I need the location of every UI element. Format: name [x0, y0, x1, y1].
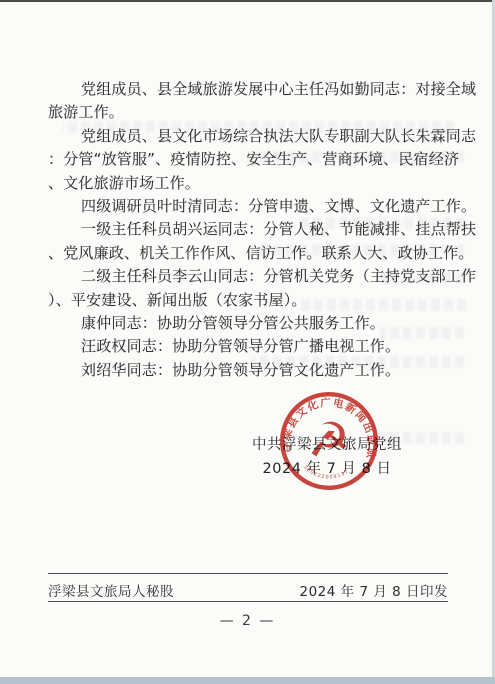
document-line: ）、平安建设、新闻出版（农家书屋）。 — [48, 289, 450, 312]
document-page: 党组成员、县全域旅游发展中心主任冯如勤同志：对接全域 旅游工作。 党组成员、县文… — [0, 0, 495, 684]
document-line: 四级调研员叶时清同志：分管申遗、文博、文化遗产工作。 — [48, 195, 450, 218]
footer-issuer: 浮梁县文旅局人秘股 — [48, 580, 174, 600]
footer-print-date: 2024 年 7 月 8 日印发 — [300, 580, 449, 600]
footer-divider-bottom — [48, 601, 448, 602]
document-line: 、文化旅游市场工作。 — [48, 172, 450, 195]
document-line: 二级主任科员李云山同志：分管机关党务（主持党支部工作 — [48, 265, 450, 288]
scan-edge-top — [0, 0, 495, 2]
hammer-and-sickle-icon: ☭ — [308, 414, 351, 469]
official-seal-graphic: 浮梁县文化广电新闻出版旅游局 360222009137 ☭ — [277, 389, 381, 493]
document-line: 汪政权同志：协助分管领导分管广播电视工作。 — [48, 335, 450, 358]
document-line: ：分管“放管服”、疫情防控、安全生产、营商环境、民宿经济 — [48, 148, 450, 171]
document-line: 、党风廉政、机关工作作风、信访工作。联系人大、政协工作。 — [48, 242, 450, 265]
document-line: 党组成员、县文化市场综合执法大队专职副大队长朱霖同志 — [48, 125, 450, 148]
document-body: 党组成员、县全域旅游发展中心主任冯如勤同志：对接全域 旅游工作。 党组成员、县文… — [48, 78, 450, 382]
footer-divider-top — [48, 573, 448, 574]
footer-row: 浮梁县文旅局人秘股 2024 年 7 月 8 日印发 — [48, 580, 448, 600]
document-line: 旅游工作。 — [48, 101, 450, 124]
official-seal: 浮梁县文化广电新闻出版旅游局 360222009137 ☭ — [277, 389, 381, 493]
page-number: — 2 — — [0, 613, 495, 629]
document-line: 一级主任科员胡兴运同志：分管人秘、节能减排、挂点帮扶 — [48, 218, 450, 241]
document-line: 刘绍华同志：协助分管领导分管文化遗产工作。 — [48, 359, 450, 382]
scan-edge-bottom — [0, 677, 495, 684]
document-line: 党组成员、县全域旅游发展中心主任冯如勤同志：对接全域 — [48, 78, 450, 101]
document-line: 康仲同志：协助分管领导分管公共服务工作。 — [48, 312, 450, 335]
